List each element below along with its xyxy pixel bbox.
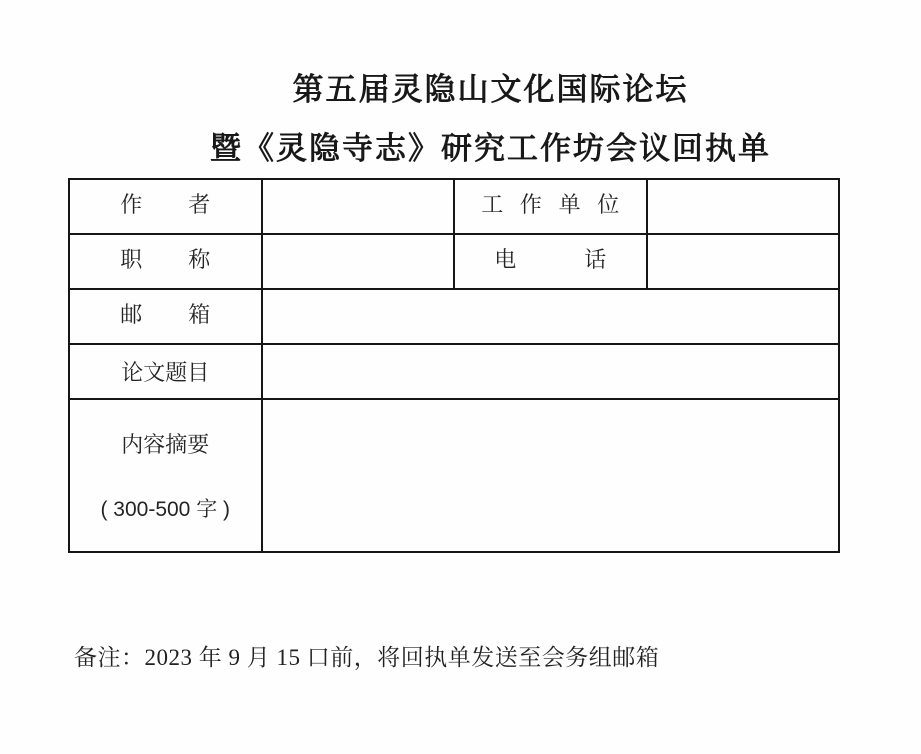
page-title-line2: 暨《灵隐寺志》研究工作坊会议回执单 — [60, 131, 921, 167]
table-row: 内容摘要 ( 300-500 字 ) — [69, 399, 839, 552]
footer-note: 备注：2023 年 9 月 15 口前，将回执单发送至会务组邮箱 — [74, 639, 659, 672]
scanned-form-page: 第五届灵隐山文化国际论坛 暨《灵隐寺志》研究工作坊会议回执单 作者 工作单位 职… — [0, 0, 921, 754]
paper-title-label-cell: 论文题目 — [69, 344, 262, 399]
email-label: 邮箱 — [120, 298, 210, 329]
author-label-cell: 作者 — [69, 179, 262, 234]
paper-title-label: 论文题目 — [121, 360, 209, 385]
paper-title-field[interactable] — [262, 344, 840, 399]
abstract-hint: ( 300-500 字 ) — [70, 493, 261, 523]
page-title-line1: 第五届灵隐山文化国际论坛 — [60, 72, 921, 108]
title-block: 第五届灵隐山文化国际论坛 暨《灵隐寺志》研究工作坊会议回执单 — [60, 72, 921, 167]
author-field[interactable] — [262, 179, 455, 234]
abstract-label: 内容摘要 — [70, 428, 261, 459]
work-unit-label-cell: 工作单位 — [454, 179, 647, 234]
abstract-field[interactable] — [262, 399, 840, 552]
table-row: 论文题目 — [69, 344, 839, 399]
job-title-label-cell: 职称 — [69, 234, 262, 289]
table-row: 作者 工作单位 — [69, 179, 839, 234]
author-label: 作者 — [120, 188, 210, 219]
phone-label-cell: 电话 — [454, 234, 647, 289]
job-title-field[interactable] — [262, 234, 455, 289]
email-field[interactable] — [262, 289, 840, 344]
email-label-cell: 邮箱 — [69, 289, 262, 344]
table-row: 职称 电话 — [69, 234, 839, 289]
abstract-label-cell: 内容摘要 ( 300-500 字 ) — [69, 399, 262, 552]
reply-form-table: 作者 工作单位 职称 电话 邮箱 论文题目 内容摘要 ( 300-500 字 ) — [68, 178, 840, 553]
work-unit-label: 工作单位 — [481, 188, 619, 219]
job-title-label: 职称 — [120, 243, 210, 274]
table-row: 邮箱 — [69, 289, 839, 344]
phone-label: 电话 — [494, 243, 606, 274]
phone-field[interactable] — [647, 234, 840, 289]
work-unit-field[interactable] — [647, 179, 840, 234]
